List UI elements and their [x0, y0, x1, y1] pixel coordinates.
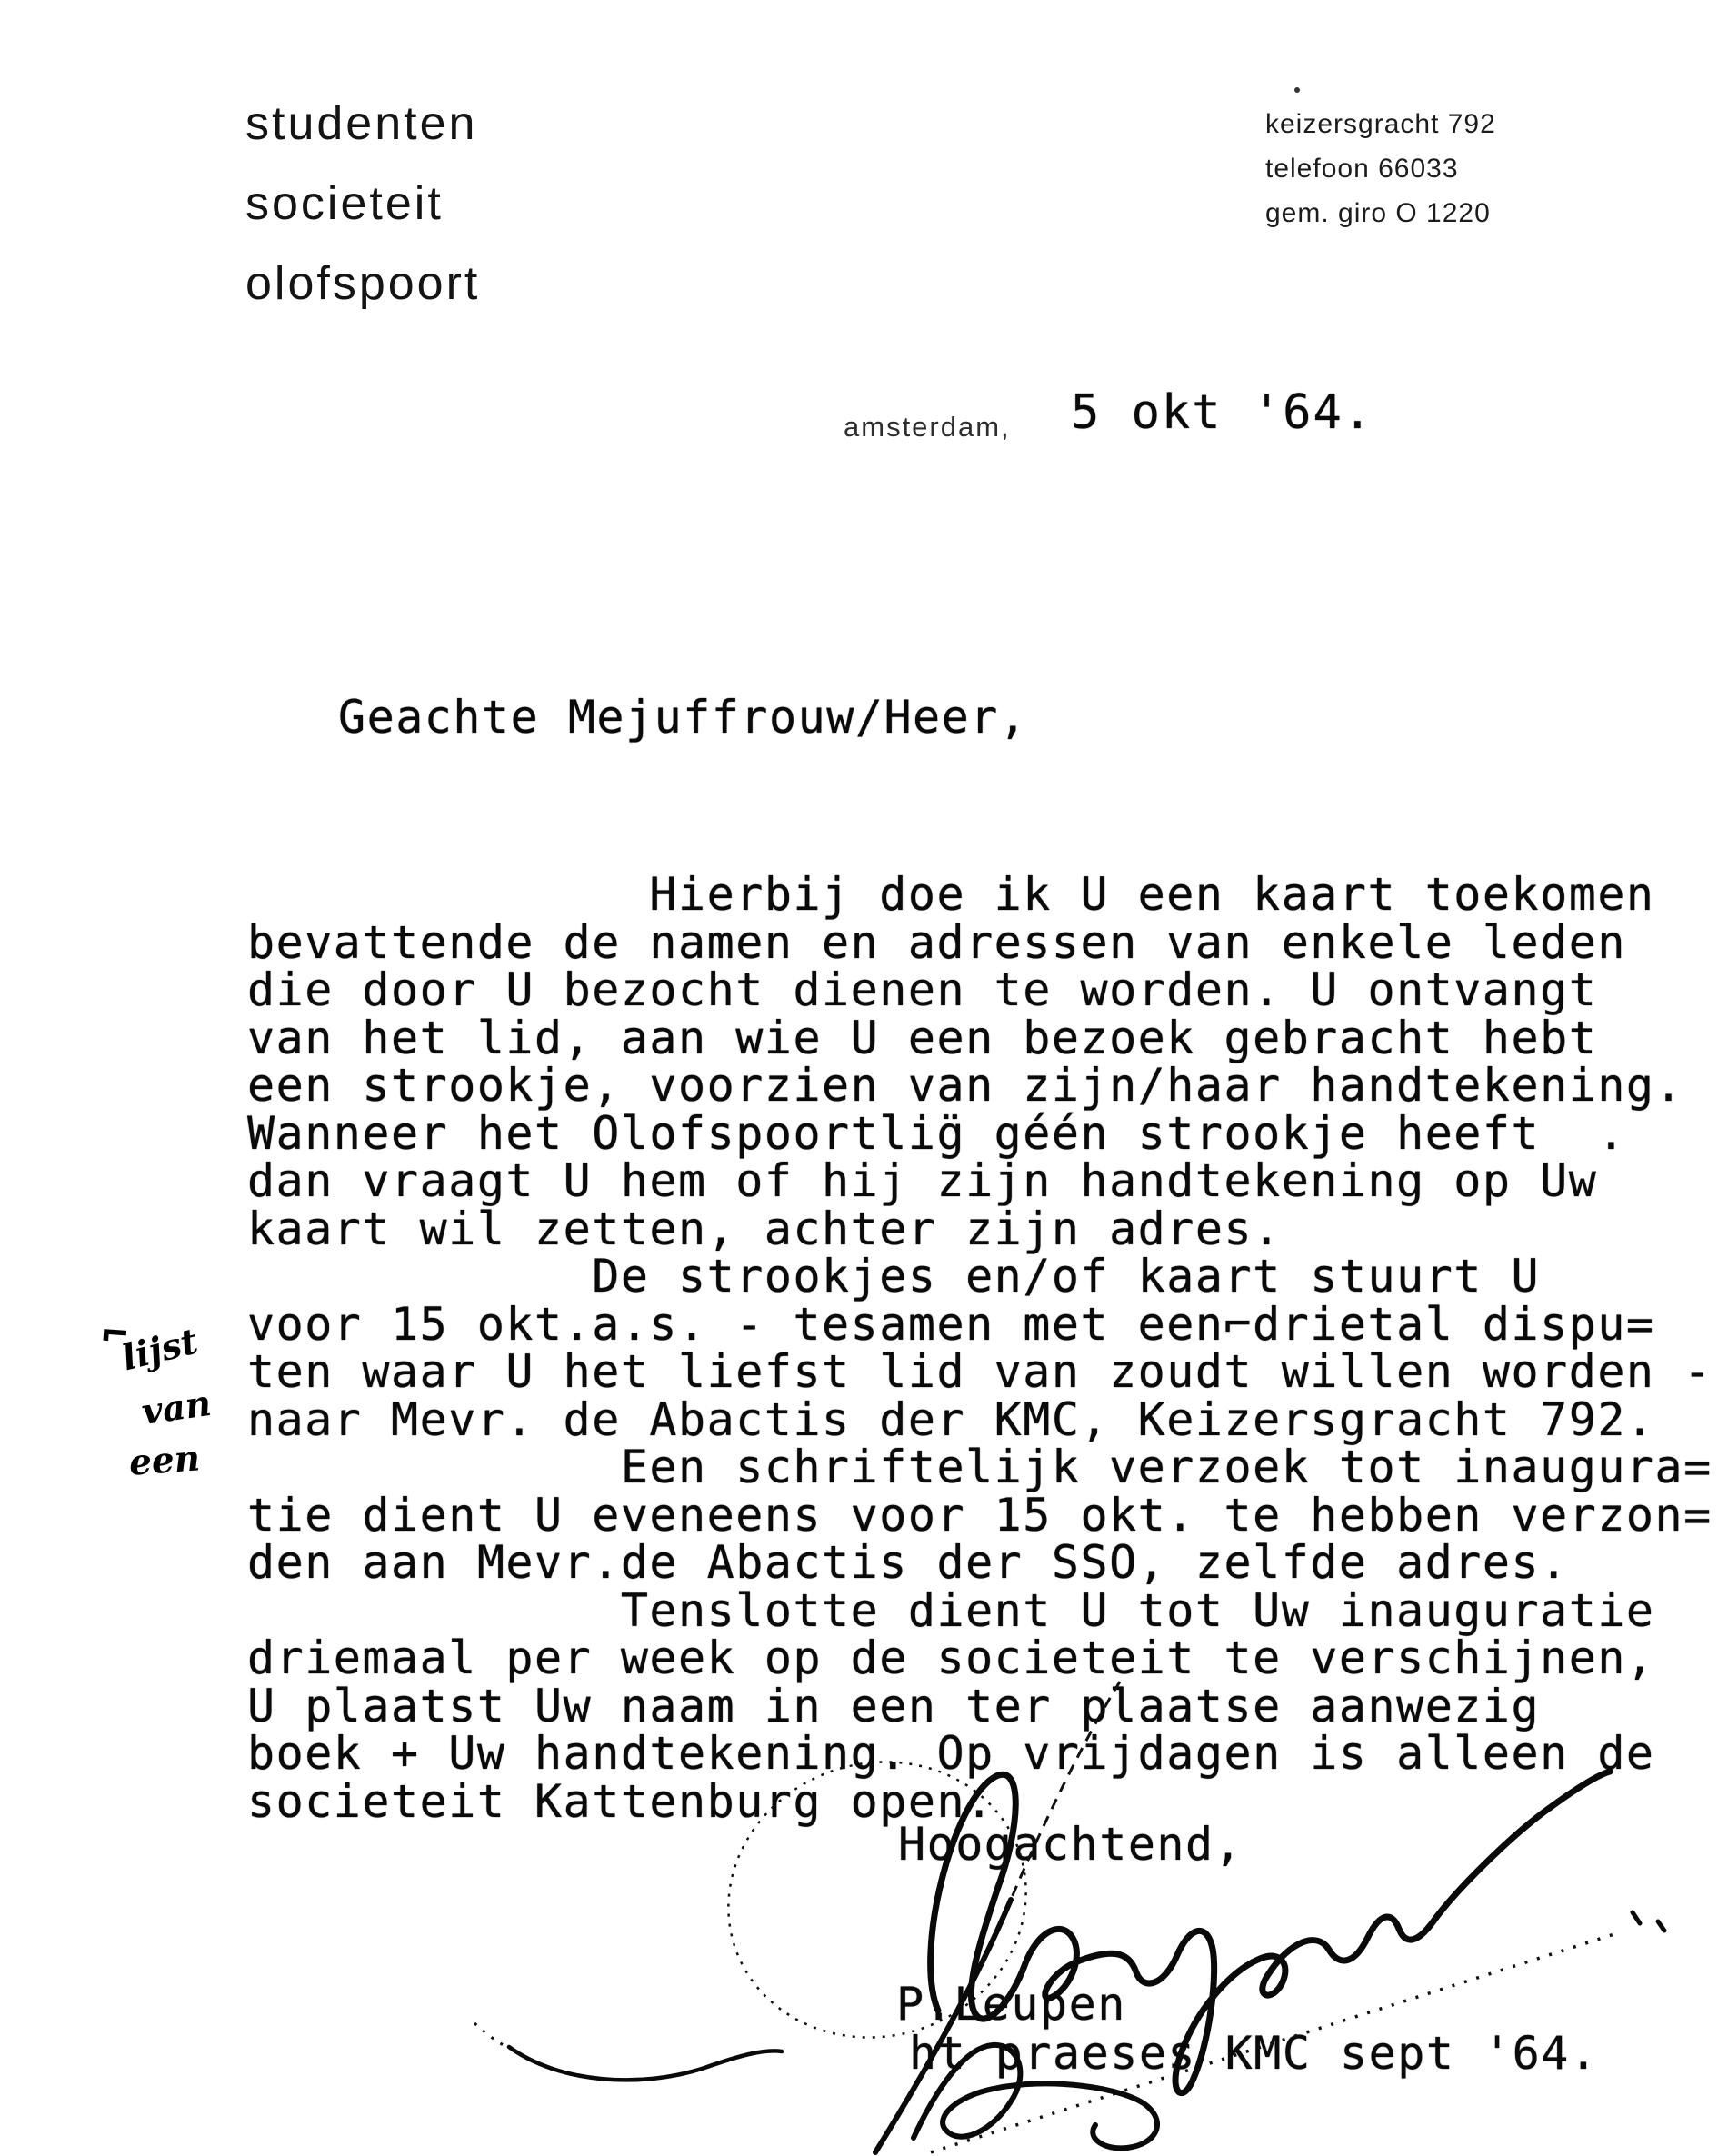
body-line: ten waar U het liefst lid van zoudt will… — [247, 1348, 1713, 1396]
body-line: U plaatst Uw naam in een ter plaatse aan… — [247, 1682, 1713, 1731]
letter-page: studenten societeit olofspoort keizersgr… — [0, 0, 1718, 2156]
margin-word: een — [127, 1437, 201, 1483]
signature-tail-curve — [509, 2047, 782, 2080]
letterhead-line-2: societeit — [245, 164, 480, 244]
signature-dot — [1633, 1912, 1640, 1923]
signer-name: P.Leupen — [896, 1978, 1126, 2031]
body-line: kaart wil zetten, achter zijn adres. — [247, 1205, 1713, 1253]
body-line: tie dient U eveneens voor 15 okt. te heb… — [247, 1492, 1713, 1540]
signature-dot — [1658, 1921, 1664, 1931]
contact-phone: telefoon 66033 — [1265, 146, 1496, 191]
contact-giro: gem. giro O 1220 — [1265, 191, 1496, 235]
letterhead-line-1: studenten — [245, 84, 480, 164]
body-line: die door U bezocht dienen te worden. U o… — [247, 966, 1713, 1014]
body-line: driemaal per week op de societeit te ver… — [247, 1634, 1713, 1682]
signature-tail-dots — [474, 2023, 511, 2049]
body-line: dan vraagt U hem of hij zijn handtekenin… — [247, 1157, 1713, 1205]
margin-word: van — [139, 1382, 214, 1433]
body-line: voor 15 okt.a.s. - tesamen met een⌐driet… — [247, 1301, 1713, 1349]
body-line: een strookje, voorzien van zijn/haar han… — [247, 1062, 1713, 1110]
dateline-date: 5 okt '64. — [1071, 385, 1373, 440]
body-line: boek + Uw handtekening. Op vrijdagen is … — [247, 1730, 1713, 1778]
body-line: Een schriftelijk verzoek tot inaugura= — [247, 1443, 1713, 1492]
body-line: De strookjes en/of kaart stuurt U — [247, 1253, 1713, 1301]
contact-block: keizersgracht 792 telefoon 66033 gem. gi… — [1265, 102, 1496, 235]
scan-speck — [1294, 87, 1300, 93]
signer-role: ht praeses KMC sept '64. — [909, 2027, 1598, 2080]
salutation: Geachte Mejuffrouw/Heer, — [338, 691, 1027, 744]
body-line: Wanneer het Olofspoortlig̈ géén strookje… — [247, 1110, 1713, 1158]
letterhead: studenten societeit olofspoort — [245, 84, 480, 324]
body-line: Tenslotte dient U tot Uw inauguratie — [247, 1587, 1713, 1635]
contact-address: keizersgracht 792 — [1265, 102, 1496, 146]
margin-word: lijst — [118, 1321, 202, 1380]
body-line: Hierbij doe ik U een kaart toekomen — [247, 871, 1713, 919]
letter-body: Hierbij doe ik U een kaart toekomen beva… — [247, 871, 1713, 1825]
body-line: naar Mevr. de Abactis der KMC, Keizersgr… — [247, 1396, 1713, 1444]
body-line: bevattende de namen en adressen van enke… — [247, 919, 1713, 967]
body-line: den aan Mevr.de Abactis der SSO, zelfde … — [247, 1539, 1713, 1587]
body-line: van het lid, aan wie U een bezoek gebrac… — [247, 1014, 1713, 1063]
dateline-city: amsterdam, — [844, 411, 1011, 444]
valediction: Hoogachtend, — [898, 1818, 1243, 1871]
letterhead-line-3: olofspoort — [245, 244, 480, 324]
